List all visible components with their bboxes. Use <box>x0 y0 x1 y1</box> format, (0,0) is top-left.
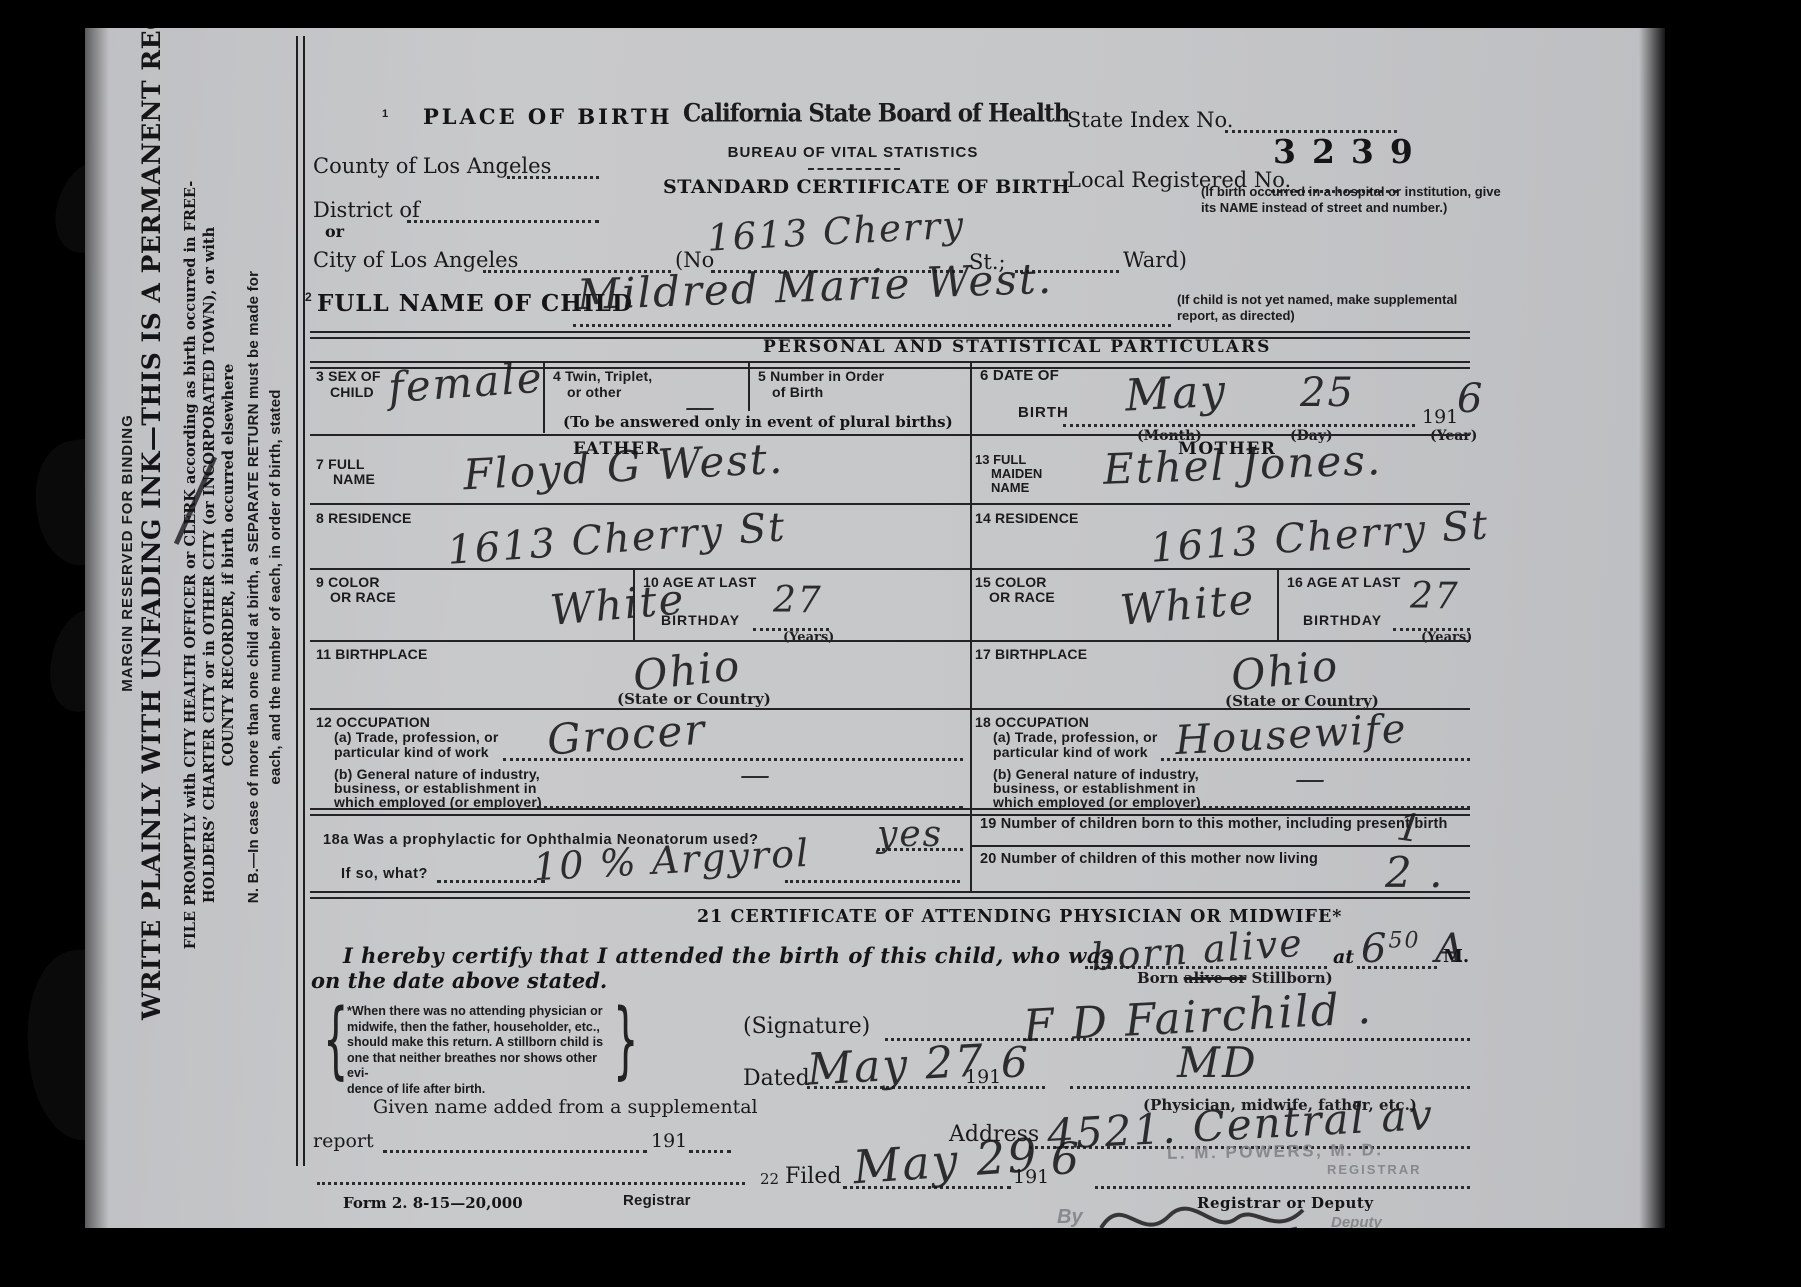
footnote-line5: dence of life after birth. <box>347 1082 615 1098</box>
sex-value: female <box>386 353 545 413</box>
mother-occ-a2: particular kind of work <box>993 744 1148 760</box>
filed-year-value: 6 <box>1051 1134 1081 1185</box>
birth-label: BIRTH <box>1018 404 1069 421</box>
row-rule <box>310 568 1470 570</box>
mother-name-label3: NAME <box>991 480 1029 495</box>
section-rule <box>310 891 1470 899</box>
nb-line2: each, and the number of each, in order o… <box>265 156 287 1018</box>
mother-occ-b-value: — <box>1295 762 1327 797</box>
board-of-health-title: California State Board of Health <box>683 99 1023 128</box>
row-rule <box>310 640 1470 642</box>
spine-shadow <box>85 28 109 1228</box>
plural-births-note: (To be answered only in event of plural … <box>563 413 953 431</box>
mother-residence-value: 1613 Cherry St <box>1149 502 1491 572</box>
unnamed-child-note: (If child is not yet named, make supplem… <box>1177 292 1487 324</box>
city-label: City of Los Angeles <box>313 248 518 272</box>
dated-value: May 27 <box>806 1035 987 1095</box>
signature-label: (Signature) <box>743 1014 870 1039</box>
file-promptly-line2: HOLDERS’ CHARTER CITY or in OTHER CITY (… <box>200 114 219 1016</box>
mother-birthday-label: BIRTHDAY <box>1303 612 1382 628</box>
footnote-line3: should make this return. A stillborn chi… <box>347 1035 615 1051</box>
father-color-label: 9 COLOR <box>316 574 380 590</box>
item-number-1: 1 <box>382 108 388 120</box>
place-of-birth-heading: PLACE OF BIRTH <box>423 104 673 129</box>
registrar-stamp-title: REGISTRAR <box>1327 1162 1422 1177</box>
mother-color-label: 15 COLOR <box>975 574 1047 590</box>
father-age-value: 27 <box>773 580 823 621</box>
father-residence-value: 1613 Cherry St <box>446 504 788 574</box>
dated-year-value: 6 <box>1001 1038 1030 1087</box>
column-divider <box>543 363 545 433</box>
deputy-stamp-label: Deputy <box>1331 1214 1382 1228</box>
father-occupation-value: Grocer <box>545 705 707 765</box>
father-occ-a2: particular kind of work <box>334 744 489 760</box>
filed-date-value: May 29 <box>851 1128 1040 1195</box>
mother-years-caption: (Years) <box>1421 630 1472 645</box>
filed-year-printed: 191 <box>1013 1166 1049 1188</box>
dated-year-printed: 191 <box>965 1066 1001 1088</box>
father-color-label2: OR RACE <box>330 589 396 605</box>
mother-color-label2: OR RACE <box>989 589 1055 605</box>
ifso-label: If so, what? <box>341 866 428 882</box>
sex-label: 3 SEX OF <box>316 368 381 384</box>
report-blank <box>383 1150 647 1153</box>
registrar-stamp-name: L. M. POWERS, M. D. <box>1167 1140 1384 1164</box>
margin-file-promptly-note: FILE PROMPTLY with CITY HEALTH OFFICER o… <box>181 114 238 1016</box>
county-label: County of Los Angeles <box>313 154 551 178</box>
father-occ-b-value: — <box>740 758 772 793</box>
margin-reserved-note: MARGIN RESERVED FOR BINDING <box>119 388 136 718</box>
caption-born: Born <box>1137 969 1184 987</box>
date-blank <box>1063 424 1415 427</box>
district-label: District of <box>313 198 420 222</box>
file-promptly-line3: COUNTY RECORDER, if birth occurred elsew… <box>219 114 238 1016</box>
year-printed: 191 <box>1422 406 1458 428</box>
district-blank <box>407 220 599 223</box>
children-living-value: 2 . <box>1385 848 1444 897</box>
child-name-value: Mildred Marie West. <box>576 254 1053 320</box>
registrar-caption: Registrar <box>623 1192 691 1209</box>
deputy-signature-scrawl <box>1089 1184 1329 1228</box>
mother-residence-label: 14 RESIDENCE <box>975 510 1079 526</box>
local-registered-number-value: 3239 <box>1273 132 1429 171</box>
bureau-subtitle: BUREAU OF VITAL STATISTICS <box>703 144 1003 161</box>
father-age-label: 10 AGE AT LAST <box>643 574 757 590</box>
mother-name-value: Ethel Jones. <box>1102 435 1383 494</box>
column-divider <box>1277 568 1279 640</box>
column-divider <box>748 363 750 411</box>
birth-year-value: 6 <box>1457 376 1484 422</box>
caption-struck-alive-or: alive or <box>1184 969 1247 987</box>
footnote-close-brace: } <box>613 993 638 1090</box>
date-of-label: 6 DATE OF <box>980 367 1059 384</box>
registrar-signature-blank <box>317 1182 745 1185</box>
at-label: at <box>1333 946 1354 968</box>
form-number: Form 2. 8-15—20,000 <box>343 1194 523 1212</box>
file-promptly-line1: FILE PROMPTLY with CITY HEALTH OFFICER o… <box>181 114 200 1016</box>
children-born-label: 19 Number of children born to this mothe… <box>980 816 1448 832</box>
father-birthday-label: BIRTHDAY <box>661 612 740 628</box>
report-year-blank <box>689 1150 731 1153</box>
particulars-title: PERSONAL AND STATISTICAL PARTICULARS <box>763 337 1127 357</box>
scanned-birth-certificate: MARGIN RESERVED FOR BINDING WRITE PLAINL… <box>0 0 1801 1287</box>
footnote-open-brace: { <box>323 993 348 1090</box>
birth-day-value: 25 <box>1300 370 1355 416</box>
certificate-paper: MARGIN RESERVED FOR BINDING WRITE PLAINL… <box>85 28 1665 1228</box>
degree-value: MD <box>1177 1038 1258 1087</box>
row-rule <box>310 708 1470 710</box>
twin-label2: or other <box>567 384 622 400</box>
given-name-note: Given name added from a supplemental <box>373 1096 758 1118</box>
mother-occupation-label: 18 OCCUPATION <box>975 714 1089 730</box>
state-index-label: State Index No. <box>1067 108 1233 132</box>
prophylactic-value: yes <box>877 814 943 855</box>
footnote-line2: midwife, then the father, householder, e… <box>347 1020 615 1036</box>
certify-line1: I hereby certify that I attended the bir… <box>343 943 1113 968</box>
certify-line2: on the date above stated. <box>311 968 607 993</box>
footnote-line4: one that neither breathes nor shows othe… <box>347 1051 615 1082</box>
father-name-label: 7 FULL <box>316 456 365 472</box>
time-minutes: 50 <box>1388 929 1420 954</box>
order-label2: of Birth <box>772 384 823 400</box>
birth-month-value: May <box>1124 365 1229 421</box>
twin-label: 4 Twin, Triplet, <box>553 368 652 384</box>
mother-name-label2: MAIDEN <box>991 466 1042 481</box>
physician-certificate-title: 21 CERTIFICATE OF ATTENDING PHYSICIAN OR… <box>697 907 1267 927</box>
father-name-label2: NAME <box>333 471 375 487</box>
ward-label: Ward) <box>1123 248 1187 272</box>
county-blank <box>507 176 599 179</box>
or-label: or <box>325 222 344 241</box>
father-occupation-label: 12 OCCUPATION <box>316 714 430 730</box>
right-edge-shadow <box>1639 28 1665 1228</box>
report-label: report <box>313 1130 374 1152</box>
time-hour: 6 <box>1361 926 1388 972</box>
bureau-divider <box>808 168 900 170</box>
nb-line1: N. B.—In case of more than one child at … <box>243 156 265 1018</box>
mother-age-value: 27 <box>1410 576 1460 617</box>
father-birthplace-label: 11 BIRTHPLACE <box>316 646 428 662</box>
father-name-value: Floyd G West. <box>462 434 785 500</box>
footnote-line1: *When there was no attending physician o… <box>347 1004 615 1020</box>
standard-certificate-title: STANDARD CERTIFICATE OF BIRTH <box>663 176 1047 198</box>
caption-stillborn: Stillborn) <box>1246 969 1332 987</box>
margin-nb-note: N. B.—In case of more than one child at … <box>243 156 287 1018</box>
row-rule <box>970 845 1470 847</box>
row-rule <box>310 434 1470 436</box>
mother-name-label: 13 FULL <box>975 452 1026 467</box>
father-residence-label: 8 RESIDENCE <box>316 510 412 526</box>
father-occ-a1: (a) Trade, profession, or <box>334 729 498 745</box>
order-label: 5 Number in Order <box>758 368 884 384</box>
m-label: M. <box>1443 946 1469 967</box>
column-divider <box>633 568 635 640</box>
by-stamp-label: By <box>1057 1206 1083 1228</box>
mother-color-value: White <box>1118 574 1257 635</box>
margin-permanent-record-note: WRITE PLAINLY WITH UNFADING INK—THIS IS … <box>137 112 166 1020</box>
item-number-2: 2 <box>305 290 312 304</box>
children-living-label: 20 Number of children of this mother now… <box>980 851 1318 867</box>
ifso-blank-1 <box>437 880 545 883</box>
father-years-caption: (Years) <box>783 630 834 645</box>
mother-occ-a1: (a) Trade, profession, or <box>993 729 1157 745</box>
dated-label: Dated <box>743 1066 810 1091</box>
mother-occupation-value: Housewife <box>1174 706 1409 764</box>
filed-item-number: 22 <box>760 1170 779 1188</box>
sex-label2: CHILD <box>330 384 374 400</box>
child-name-blank <box>573 324 1171 327</box>
report-year-printed: 191 <box>651 1130 687 1152</box>
hospital-instruction-note: (If birth occurred in a hospital or inst… <box>1201 184 1503 216</box>
mother-birthplace-label: 17 BIRTHPLACE <box>975 646 1087 662</box>
street-address-value: 1613 Cherry <box>706 203 966 259</box>
row-rule <box>310 503 1470 505</box>
year-caption: (Year) <box>1430 428 1477 444</box>
filed-label: Filed <box>785 1164 841 1189</box>
mother-age-label: 16 AGE AT LAST <box>1287 574 1401 590</box>
stillborn-footnote: *When there was no attending physician o… <box>347 1004 615 1097</box>
born-or-stillborn-caption: Born alive or Stillborn) <box>1137 969 1333 987</box>
physician-line-blank <box>1070 1086 1470 1089</box>
margin-divider-rule <box>296 36 305 1166</box>
ifso-blank-2 <box>785 880 960 883</box>
